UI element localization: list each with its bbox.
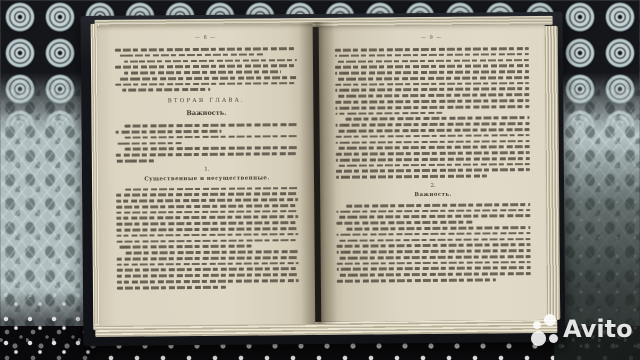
chapter-title: Важность. [115, 108, 297, 118]
left-page-content: — 8 — ВТОРАЯ ГЛАВА. Важность. 1. Существ… [115, 34, 299, 292]
avito-logo-dot [531, 331, 546, 346]
text-paragraph [335, 47, 530, 115]
avito-wordmark: Avito [563, 314, 633, 344]
text-paragraph [335, 116, 530, 178]
chapter-heading: ВТОРАЯ ГЛАВА. [115, 97, 297, 105]
text-paragraph [115, 47, 297, 92]
right-page-number: — 9 — [335, 34, 529, 42]
text-paragraph [116, 123, 298, 133]
section-number: 1. [116, 166, 298, 174]
text-paragraph [117, 250, 299, 289]
open-book: — 8 — ВТОРАЯ ГЛАВА. Важность. 1. Существ… [53, 8, 568, 352]
section-heading: Существенные и несущественные. [116, 175, 298, 183]
right-page-content: — 9 — 2. Важность. [335, 34, 531, 285]
photo-of-open-book-on-lace: — 8 — ВТОРАЯ ГЛАВА. Важность. 1. Существ… [0, 0, 640, 360]
avito-logo-dot [533, 321, 541, 329]
text-paragraph [336, 203, 530, 225]
text-paragraph [116, 135, 298, 145]
text-paragraph [116, 146, 298, 162]
section-heading: Важность. [336, 191, 530, 199]
avito-watermark: Avito [528, 308, 640, 358]
left-page-number: — 8 — [115, 34, 297, 42]
left-page: — 8 — ВТОРАЯ ГЛАВА. Важность. 1. Существ… [97, 24, 316, 326]
avito-logo-dot [544, 314, 556, 326]
avito-logo-dot [549, 334, 558, 343]
text-paragraph [336, 226, 530, 282]
book-gutter-shadow [299, 22, 338, 324]
text-paragraph [116, 187, 299, 249]
section-number: 2. [336, 182, 530, 190]
right-page: — 9 — 2. Важность. [319, 24, 548, 322]
